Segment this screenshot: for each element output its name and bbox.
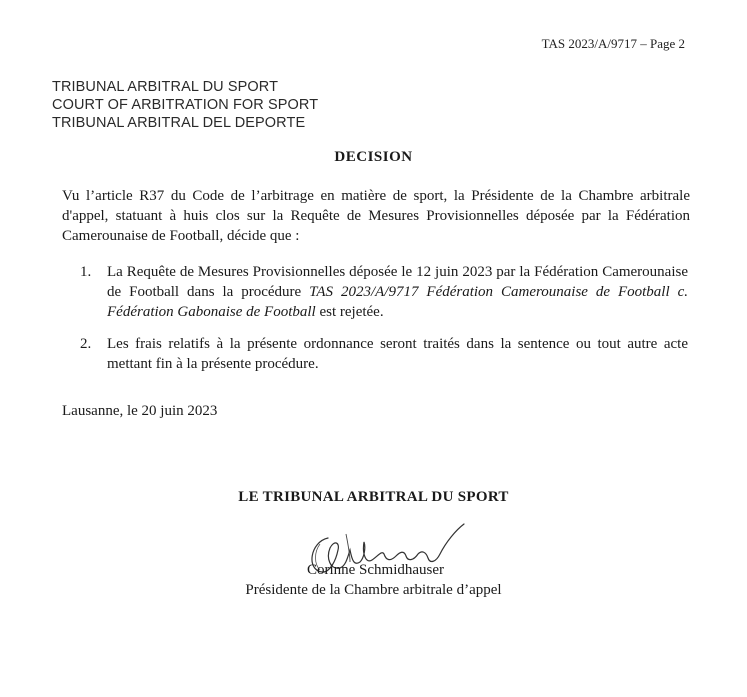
decision-item: 2. Les frais relatifs à la présente ordo… xyxy=(80,334,688,374)
item-text: Les frais relatifs à la présente ordonna… xyxy=(107,336,688,372)
decision-item: 1. La Requête de Mesures Provisionnelles… xyxy=(80,262,688,322)
item-text-end: est rejetée. xyxy=(316,304,384,320)
document-title: DECISION xyxy=(0,149,747,166)
intro-paragraph: Vu l’article R37 du Code de l’arbitrage … xyxy=(62,186,690,246)
letterhead-line-fr: TRIBUNAL ARBITRAL DU SPORT xyxy=(52,78,318,96)
item-number: 1. xyxy=(80,262,91,282)
letterhead: TRIBUNAL ARBITRAL DU SPORT COURT OF ARBI… xyxy=(52,78,318,132)
place-date: Lausanne, le 20 juin 2023 xyxy=(62,403,217,420)
decision-list: 1. La Requête de Mesures Provisionnelles… xyxy=(80,262,688,374)
letterhead-line-es: TRIBUNAL ARBITRAL DEL DEPORTE xyxy=(52,114,318,132)
item-number: 2. xyxy=(80,334,91,354)
signer-role: Présidente de la Chambre arbitrale d’app… xyxy=(0,582,747,599)
letterhead-line-en: COURT OF ARBITRATION FOR SPORT xyxy=(52,96,318,114)
signer-name: Corinne Schmidhauser xyxy=(0,562,747,579)
page-reference: TAS 2023/A/9717 – Page 2 xyxy=(542,36,685,52)
court-signature-heading: LE TRIBUNAL ARBITRAL DU SPORT xyxy=(0,489,747,506)
